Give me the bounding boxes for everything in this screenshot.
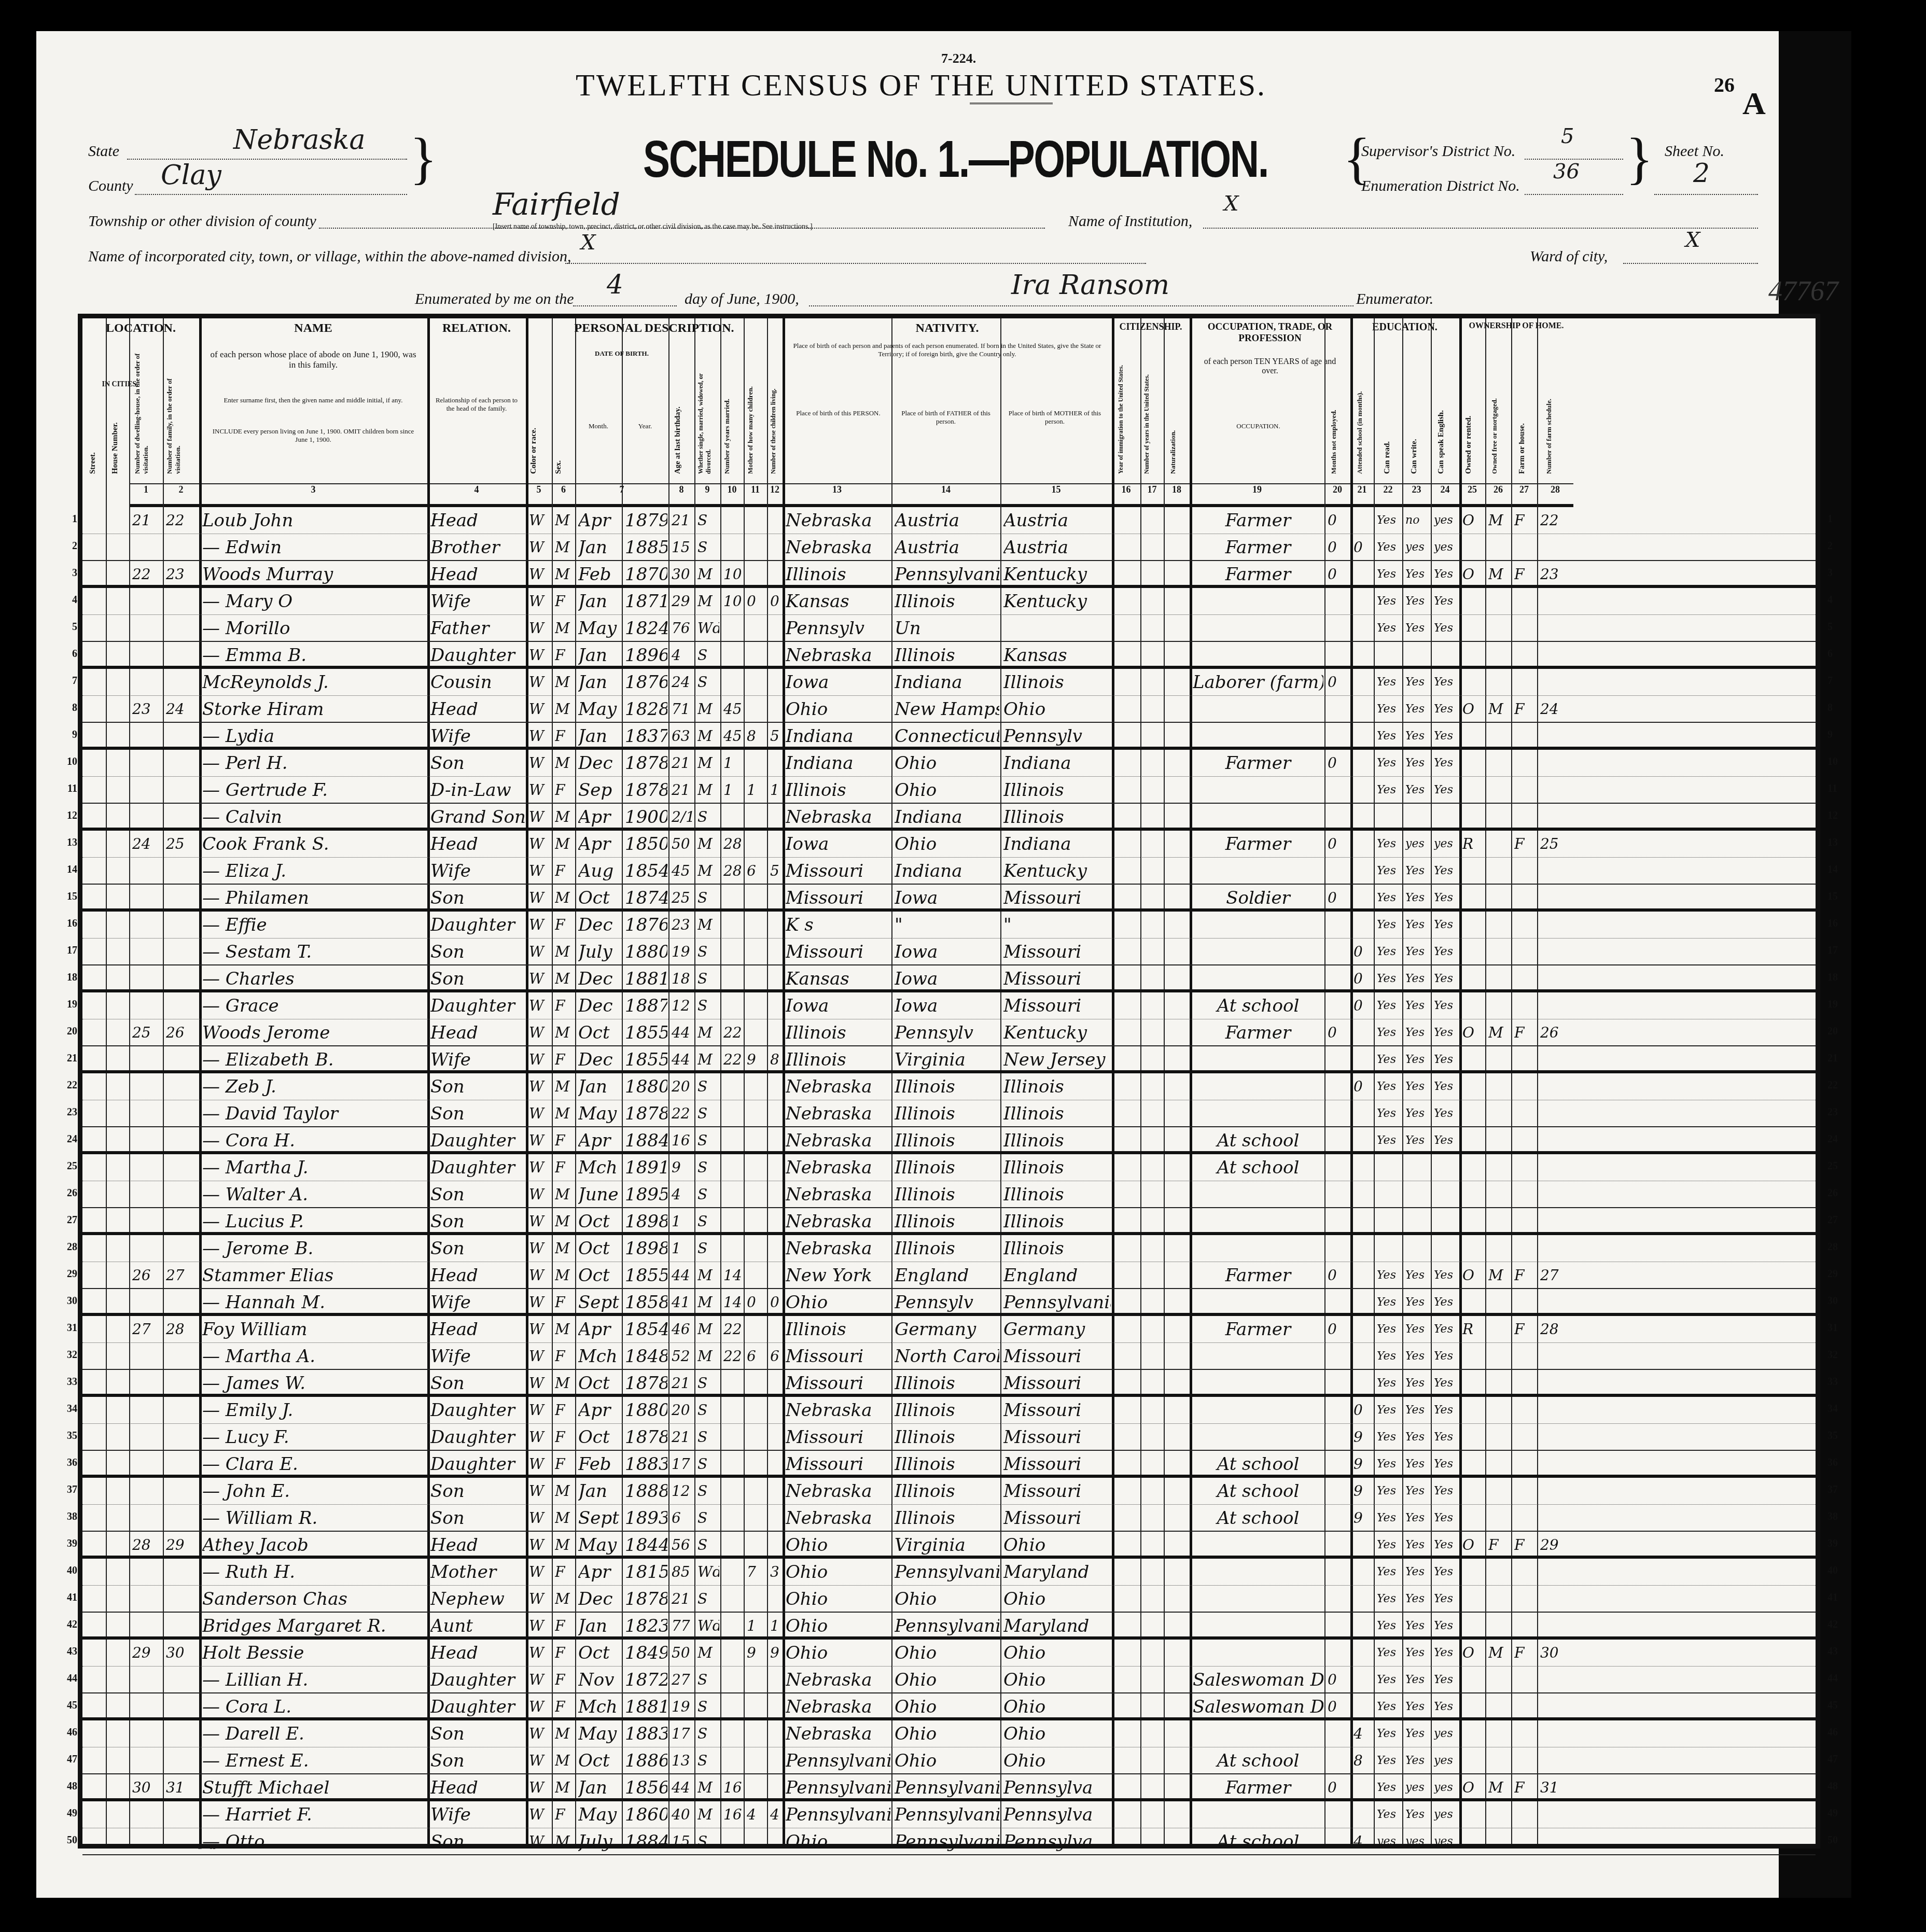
months-unemployed-cell [1328, 1290, 1349, 1315]
speaks-english-cell: Yes [1434, 1614, 1458, 1639]
age-cell: 76 [672, 616, 693, 641]
birthplace-mother-cell: Germany [1003, 1317, 1111, 1342]
table-row: 42Bridges Margaret R.AuntWFJan182377Wd11… [82, 1613, 1816, 1640]
birthplace-mother-cell: Ohio [1003, 697, 1111, 722]
months-unemployed-cell [1328, 697, 1349, 722]
farm-house-cell [1514, 1668, 1536, 1692]
birthplace-person-cell: Pennsylvania [786, 1802, 890, 1827]
person-name-cell: — Harriet F. [202, 1802, 426, 1827]
farm-house-cell [1514, 778, 1536, 803]
attended-school-cell [1353, 751, 1373, 776]
birth-month-cell: Jan [578, 535, 621, 560]
birthplace-father-cell: Illinois [895, 1479, 999, 1504]
months-unemployed-cell: 0 [1328, 1668, 1349, 1692]
owned-rented-cell: O [1462, 1263, 1484, 1288]
enumerated-label: Enumerated by me on the [415, 290, 574, 308]
person-name-cell: — Elizabeth B. [202, 1047, 426, 1072]
children-living-cell [770, 1155, 781, 1180]
row-number-right: 5 [1827, 621, 1853, 633]
occupation-cell [1193, 1398, 1323, 1423]
marital-status-cell: S [697, 1182, 719, 1207]
free-mortgaged-cell [1488, 805, 1510, 830]
birthplace-mother-cell: Illinois [1003, 1074, 1111, 1099]
occupation-subheader: OCCUPATION. [1195, 422, 1322, 430]
color-cell: W [529, 1074, 551, 1099]
relation-cell: Son [430, 967, 525, 991]
owned-rented-cell [1462, 616, 1484, 641]
sex-cell: M [555, 1020, 574, 1045]
attended-school-cell [1353, 643, 1373, 668]
months-unemployed-cell: 0 [1328, 1695, 1349, 1719]
owned-rented-cell [1462, 1236, 1484, 1261]
birth-month-cell: Oct [578, 1641, 621, 1665]
dwelling-number-cell: 23 [132, 697, 162, 722]
row-number-left: 25 [51, 1160, 77, 1172]
birth-month-cell: Oct [578, 1236, 621, 1261]
years-married-cell [723, 1182, 743, 1207]
relation-cell: Head [430, 697, 525, 722]
owned-rented-cell [1462, 1802, 1484, 1827]
color-cell: W [529, 1128, 551, 1153]
can-read-cell [1377, 1155, 1401, 1180]
farm-house-cell [1514, 1560, 1536, 1585]
free-mortgaged-cell [1488, 832, 1510, 857]
brace: } [1626, 130, 1653, 187]
column-number: 20 [1324, 483, 1350, 507]
title-divider [970, 103, 1053, 104]
birth-year-cell: 1878 [625, 778, 667, 803]
attended-school-cell [1353, 670, 1373, 695]
months-unemployed-cell [1328, 1721, 1349, 1746]
attended-school-header: Attended school (in months). [1356, 349, 1364, 474]
immigration-header: Year of immigration to the United States… [1117, 349, 1125, 474]
owned-rented-cell [1462, 751, 1484, 776]
attended-school-cell [1353, 1775, 1373, 1800]
can-write-cell: Yes [1405, 859, 1430, 884]
owned-rented-cell [1462, 1695, 1484, 1719]
person-name-cell: — Lydia [202, 724, 426, 749]
farm-house-cell [1514, 967, 1536, 991]
owned-rented-cell: O [1462, 1020, 1484, 1045]
person-name-cell: — Emily J. [202, 1398, 426, 1423]
attended-school-cell [1353, 886, 1373, 911]
birthplace-mother-cell: Ohio [1003, 1721, 1111, 1746]
farm-house-cell [1514, 1074, 1536, 1099]
birthplace-mother-cell: Illinois [1003, 805, 1111, 830]
speaks-english-cell: yes [1434, 535, 1458, 560]
relation-cell: Daughter [430, 1452, 525, 1477]
farm-schedule-cell [1540, 940, 1572, 964]
occupation-cell: Farmer [1193, 508, 1323, 533]
table-row: 9— LydiaWifeWFJan183763M4585IndianaConne… [82, 723, 1816, 750]
row-number-right: 39 [1827, 1538, 1853, 1550]
color-cell: W [529, 1182, 551, 1207]
table-row: 11— Gertrude F.D-in-LawWFSep187821M111Il… [82, 777, 1816, 804]
color-cell: W [529, 1344, 551, 1369]
years-married-cell [723, 967, 743, 991]
years-married-cell [723, 1829, 743, 1854]
free-mortgaged-cell [1488, 1506, 1510, 1531]
birthplace-person-cell: Nebraska [786, 1668, 890, 1692]
family-number-cell: 26 [166, 1020, 198, 1045]
birth-month-cell: Jan [578, 724, 621, 749]
months-unemployed-cell [1328, 859, 1349, 884]
owned-rented-cell [1462, 886, 1484, 911]
marital-status-cell: M [697, 1263, 719, 1288]
row-number-left: 29 [51, 1268, 77, 1280]
relation-cell: Wife [430, 589, 525, 614]
can-read-cell: Yes [1377, 1290, 1401, 1315]
speaks-english-cell: Yes [1434, 1560, 1458, 1585]
color-cell: W [529, 1533, 551, 1558]
birth-month-cell: Oct [578, 886, 621, 911]
relation-cell: Son [430, 1506, 525, 1531]
house-number-header: House Number. [111, 401, 120, 474]
speaks-english-cell: Yes [1434, 1290, 1458, 1315]
farm-house-cell [1514, 535, 1536, 560]
occupation-cell: Soldier [1193, 886, 1323, 911]
children-living-cell [770, 1695, 781, 1719]
birth-month-cell: Dec [578, 1047, 621, 1072]
speaks-english-cell: yes [1434, 1748, 1458, 1773]
can-write-cell: Yes [1405, 967, 1430, 991]
farm-house-cell [1514, 886, 1536, 911]
row-number-right: 44 [1827, 1673, 1853, 1685]
row-number-left: 27 [51, 1214, 77, 1226]
farm-house-cell [1514, 1587, 1536, 1612]
sex-cell: F [555, 1290, 574, 1315]
table-row: 21— Elizabeth B.WifeWFDec185544M2298Illi… [82, 1046, 1816, 1073]
can-write-cell: Yes [1405, 1641, 1430, 1665]
row-number-right: 47 [1827, 1754, 1853, 1766]
farm-schedule-cell [1540, 1236, 1572, 1261]
mother-of-cell [747, 1074, 766, 1099]
occupation-cell [1193, 1101, 1323, 1126]
person-name-cell: — Lucy F. [202, 1425, 426, 1450]
marital-status-cell: S [697, 805, 719, 830]
birth-year-cell: 1891 [625, 1155, 667, 1180]
months-unemployed-header: Months not employed. [1330, 401, 1338, 474]
mother-of-cell [747, 886, 766, 911]
family-number-cell: 23 [166, 562, 198, 587]
can-read-cell: Yes [1377, 1371, 1401, 1396]
speaks-english-cell: Yes [1434, 993, 1458, 1018]
age-cell: 21 [672, 751, 693, 776]
color-cell: W [529, 1668, 551, 1692]
relation-cell: Wife [430, 1802, 525, 1827]
relation-cell: Head [430, 1317, 525, 1342]
family-number-cell [166, 643, 198, 668]
row-number-right: 49 [1827, 1808, 1853, 1819]
birthplace-mother-cell: Missouri [1003, 1398, 1111, 1423]
name-include-note: INCLUDE every person living on June 1, 1… [210, 427, 417, 444]
can-read-cell: Yes [1377, 1587, 1401, 1612]
owned-rented-cell: R [1462, 1317, 1484, 1342]
farm-house-cell [1514, 643, 1536, 668]
months-unemployed-cell [1328, 1506, 1349, 1531]
birthplace-father-cell: Iowa [895, 993, 999, 1018]
county-label: County [88, 177, 133, 195]
age-cell: 12 [672, 1479, 693, 1504]
family-number-cell [166, 805, 198, 830]
can-write-cell: Yes [1405, 1344, 1430, 1369]
years-married-cell: 28 [723, 832, 743, 857]
free-mortgaged-cell [1488, 1209, 1510, 1234]
birthplace-mother-cell: Illinois [1003, 1209, 1111, 1234]
sex-cell: M [555, 1317, 574, 1342]
farm-house-cell [1514, 940, 1536, 964]
mother-of-cell: 0 [747, 589, 766, 614]
attended-school-cell [1353, 805, 1373, 830]
color-cell: W [529, 993, 551, 1018]
institution-value: X [1224, 192, 1238, 216]
relation-cell: Father [430, 616, 525, 641]
birthplace-person-cell: Missouri [786, 859, 890, 884]
occupation-cell [1193, 778, 1323, 803]
marital-status-header: Whether single, married, widowed, or div… [697, 349, 713, 474]
age-cell: 77 [672, 1614, 693, 1639]
can-read-cell: Yes [1377, 751, 1401, 776]
can-read-cell: Yes [1377, 832, 1401, 857]
free-mortgaged-cell: F [1488, 1533, 1510, 1558]
age-cell: 21 [672, 1425, 693, 1450]
birth-month-cell: Dec [578, 1587, 621, 1612]
marital-status-cell: M [697, 724, 719, 749]
county-value: Clay [161, 160, 221, 191]
dwelling-number-cell [132, 913, 162, 937]
birthplace-father-cell: Illinois [895, 1074, 999, 1099]
dwelling-number-cell [132, 1587, 162, 1612]
children-living-cell [770, 1587, 781, 1612]
table-row: 7McReynolds J.CousinWMJan187624SIowaIndi… [82, 669, 1816, 696]
months-unemployed-cell [1328, 589, 1349, 614]
age-cell: 13 [672, 1748, 693, 1773]
color-cell: W [529, 1236, 551, 1261]
row-number-left: 1 [51, 513, 77, 525]
children-living-cell [770, 1236, 781, 1261]
sex-cell: M [555, 1182, 574, 1207]
birth-year-cell: 1885 [625, 535, 667, 560]
table-row: 15— PhilamenSonWMOct187425SMissouriIowaM… [82, 885, 1816, 912]
birth-month-cell: May [578, 1101, 621, 1126]
column-number: 1 [129, 483, 163, 507]
birthplace-person-cell: Ohio [786, 1533, 890, 1558]
table-row: 36— Clara E.DaughterWFFeb188317SMissouri… [82, 1451, 1816, 1478]
birth-year-cell: 1860 [625, 1802, 667, 1827]
birth-year-cell: 1849 [625, 1641, 667, 1665]
farm-schedule-cell [1540, 1290, 1572, 1315]
census-sheet: 7-224. TWELFTH CENSUS OF THE UNITED STAT… [36, 31, 1851, 1898]
attended-school-cell [1353, 724, 1373, 749]
farm-house-cell [1514, 1182, 1536, 1207]
birthplace-mother-cell: Pennsylva [1003, 1802, 1111, 1827]
children-living-cell [770, 805, 781, 830]
occupation-cell [1193, 940, 1323, 964]
sex-cell: F [555, 1560, 574, 1585]
children-living-cell [770, 508, 781, 533]
years-married-cell [723, 805, 743, 830]
can-read-cell: Yes [1377, 1020, 1401, 1045]
sex-cell: M [555, 1775, 574, 1800]
row-number-right: 30 [1827, 1295, 1853, 1307]
birthplace-person-cell: Ohio [786, 1560, 890, 1585]
can-read-cell: Yes [1377, 940, 1401, 964]
birthplace-person-cell: Missouri [786, 1452, 890, 1477]
farm-schedule-cell [1540, 993, 1572, 1018]
birthplace-person-cell: Nebraska [786, 1209, 890, 1234]
years-married-cell [723, 1101, 743, 1126]
can-write-cell: Yes [1405, 1290, 1430, 1315]
age-cell: 45 [672, 859, 693, 884]
birthplace-mother-cell: Missouri [1003, 1452, 1111, 1477]
attended-school-cell [1353, 562, 1373, 587]
farm-schedule-cell: 24 [1540, 697, 1572, 722]
children-living-header: Number of these children living. [770, 349, 777, 474]
sheet-value: 2 [1693, 158, 1710, 188]
birthplace-mother-cell: Kentucky [1003, 1020, 1111, 1045]
speaks-english-cell: Yes [1434, 940, 1458, 964]
birthplace-person-cell: Pennsylvania [786, 1748, 890, 1773]
farm-house-cell [1514, 859, 1536, 884]
speaks-english-cell: Yes [1434, 1506, 1458, 1531]
birthplace-father-cell: Illinois [895, 1398, 999, 1423]
table-row: 10— Perl H.SonWMDec187821M1IndianaOhioIn… [82, 750, 1816, 777]
free-mortgaged-cell: M [1488, 1775, 1510, 1800]
dwelling-number-header: Number of dwelling-house, in the order o… [133, 349, 150, 474]
children-living-cell [770, 1506, 781, 1531]
birth-year-cell: 1887 [625, 993, 667, 1018]
months-unemployed-cell [1328, 1398, 1349, 1423]
row-number-right: 21 [1827, 1053, 1853, 1065]
attended-school-cell: 0 [1353, 940, 1373, 964]
schedule-title: SCHEDULE No. 1.—POPULATION. [643, 130, 1268, 189]
row-number-left: 5 [51, 621, 77, 633]
person-name-cell: Bridges Margaret R. [202, 1614, 426, 1639]
sex-cell: F [555, 589, 574, 614]
free-mortgaged-cell: M [1488, 562, 1510, 587]
family-number-cell [166, 1748, 198, 1773]
form-footer-code: C—69 [197, 1843, 216, 1852]
marital-status-cell: S [697, 1668, 719, 1692]
birthplace-person-cell: Nebraska [786, 1182, 890, 1207]
attended-school-cell [1353, 1047, 1373, 1072]
row-number-right: 13 [1827, 837, 1853, 849]
column-number: 3 [199, 483, 427, 507]
marital-status-cell: S [697, 670, 719, 695]
children-living-cell [770, 832, 781, 857]
row-number-right: 38 [1827, 1511, 1853, 1523]
age-cell: 63 [672, 724, 693, 749]
can-write-cell: Yes [1405, 913, 1430, 937]
age-cell: 52 [672, 1344, 693, 1369]
birthplace-person-cell: Illinois [786, 1317, 890, 1342]
sex-cell: F [555, 1802, 574, 1827]
dwelling-number-cell [132, 1155, 162, 1180]
children-living-cell [770, 1398, 781, 1423]
table-row: 483031Stufft MichaelHeadWMJan185644M16Pe… [82, 1774, 1816, 1801]
children-living-cell: 4 [770, 1802, 781, 1827]
owned-rented-cell [1462, 1614, 1484, 1639]
birth-month-cell: Jan [578, 1614, 621, 1639]
marital-status-cell: S [697, 1371, 719, 1396]
birthplace-father-cell: Pennsylv [895, 1290, 999, 1315]
birthplace-person-cell: Kansas [786, 967, 890, 991]
free-mortgaged-cell [1488, 535, 1510, 560]
speaks-english-cell: yes [1434, 1775, 1458, 1800]
birthplace-father-cell: Iowa [895, 967, 999, 991]
owned-rented-cell [1462, 1344, 1484, 1369]
marital-status-cell: S [697, 1479, 719, 1504]
family-number-cell: 22 [166, 508, 198, 533]
dwelling-number-cell [132, 1695, 162, 1719]
attended-school-cell [1353, 1371, 1373, 1396]
children-living-cell [770, 562, 781, 587]
birthplace-father-cell: Iowa [895, 940, 999, 964]
birth-month-cell: Mch [578, 1155, 621, 1180]
speaks-english-cell: Yes [1434, 913, 1458, 937]
sex-cell: M [555, 1533, 574, 1558]
farm-schedule-cell [1540, 589, 1572, 614]
attended-school-cell [1353, 1155, 1373, 1180]
mother-of-cell [747, 913, 766, 937]
occupation-cell [1193, 1209, 1323, 1234]
farm-house-cell [1514, 1155, 1536, 1180]
mother-of-cell [747, 1263, 766, 1288]
farm-schedule-cell [1540, 1209, 1572, 1234]
person-name-cell: Stufft Michael [202, 1775, 426, 1800]
speak-english-header: Can speak English. [1437, 370, 1446, 474]
sex-header: Sex. [554, 438, 563, 474]
birthplace-person-cell: Illinois [786, 562, 890, 587]
person-name-cell: — David Taylor [202, 1101, 426, 1126]
person-name-cell: Woods Jerome [202, 1020, 426, 1045]
person-name-cell: Sanderson Chas [202, 1587, 426, 1612]
children-living-cell [770, 1748, 781, 1773]
birth-month-cell: Feb [578, 1452, 621, 1477]
occupation-cell: Farmer [1193, 1263, 1323, 1288]
color-cell: W [529, 1695, 551, 1719]
color-cell: W [529, 1101, 551, 1126]
speaks-english-cell: yes [1434, 832, 1458, 857]
city-label: Name of incorporated city, town, or vill… [88, 248, 571, 265]
sex-cell: M [555, 508, 574, 533]
farm-house-cell: F [1514, 1263, 1536, 1288]
can-read-cell [1377, 1236, 1401, 1261]
dwelling-number-cell [132, 1344, 162, 1369]
children-living-cell: 8 [770, 1047, 781, 1072]
birth-month-cell: Dec [578, 993, 621, 1018]
can-write-cell [1405, 643, 1430, 668]
relation-cell: Wife [430, 859, 525, 884]
occupation-cell: At school [1193, 1829, 1323, 1854]
age-cell: 21 [672, 1371, 693, 1396]
table-row: 12122Loub JohnHeadWMApr187921SNebraskaAu… [82, 507, 1816, 534]
age-cell: 21 [672, 508, 693, 533]
birth-year-cell: 1886 [625, 1748, 667, 1773]
farm-schedule-cell [1540, 1371, 1572, 1396]
column-number: 27 [1511, 483, 1537, 507]
relation-cell: Daughter [430, 1668, 525, 1692]
birthplace-person-cell: Ohio [786, 1641, 890, 1665]
table-row: 19— GraceDaughterWFDec188712SIowaIowaMis… [82, 992, 1816, 1019]
row-number-right: 27 [1827, 1214, 1853, 1226]
children-living-cell [770, 886, 781, 911]
row-number-left: 18 [51, 972, 77, 984]
population-table: LOCATION. IN CITIES. NAME of each person… [78, 314, 1820, 1849]
occupation-cell: Farmer [1193, 1020, 1323, 1045]
birth-year-cell: 1858 [625, 1290, 667, 1315]
months-unemployed-cell: 0 [1328, 670, 1349, 695]
